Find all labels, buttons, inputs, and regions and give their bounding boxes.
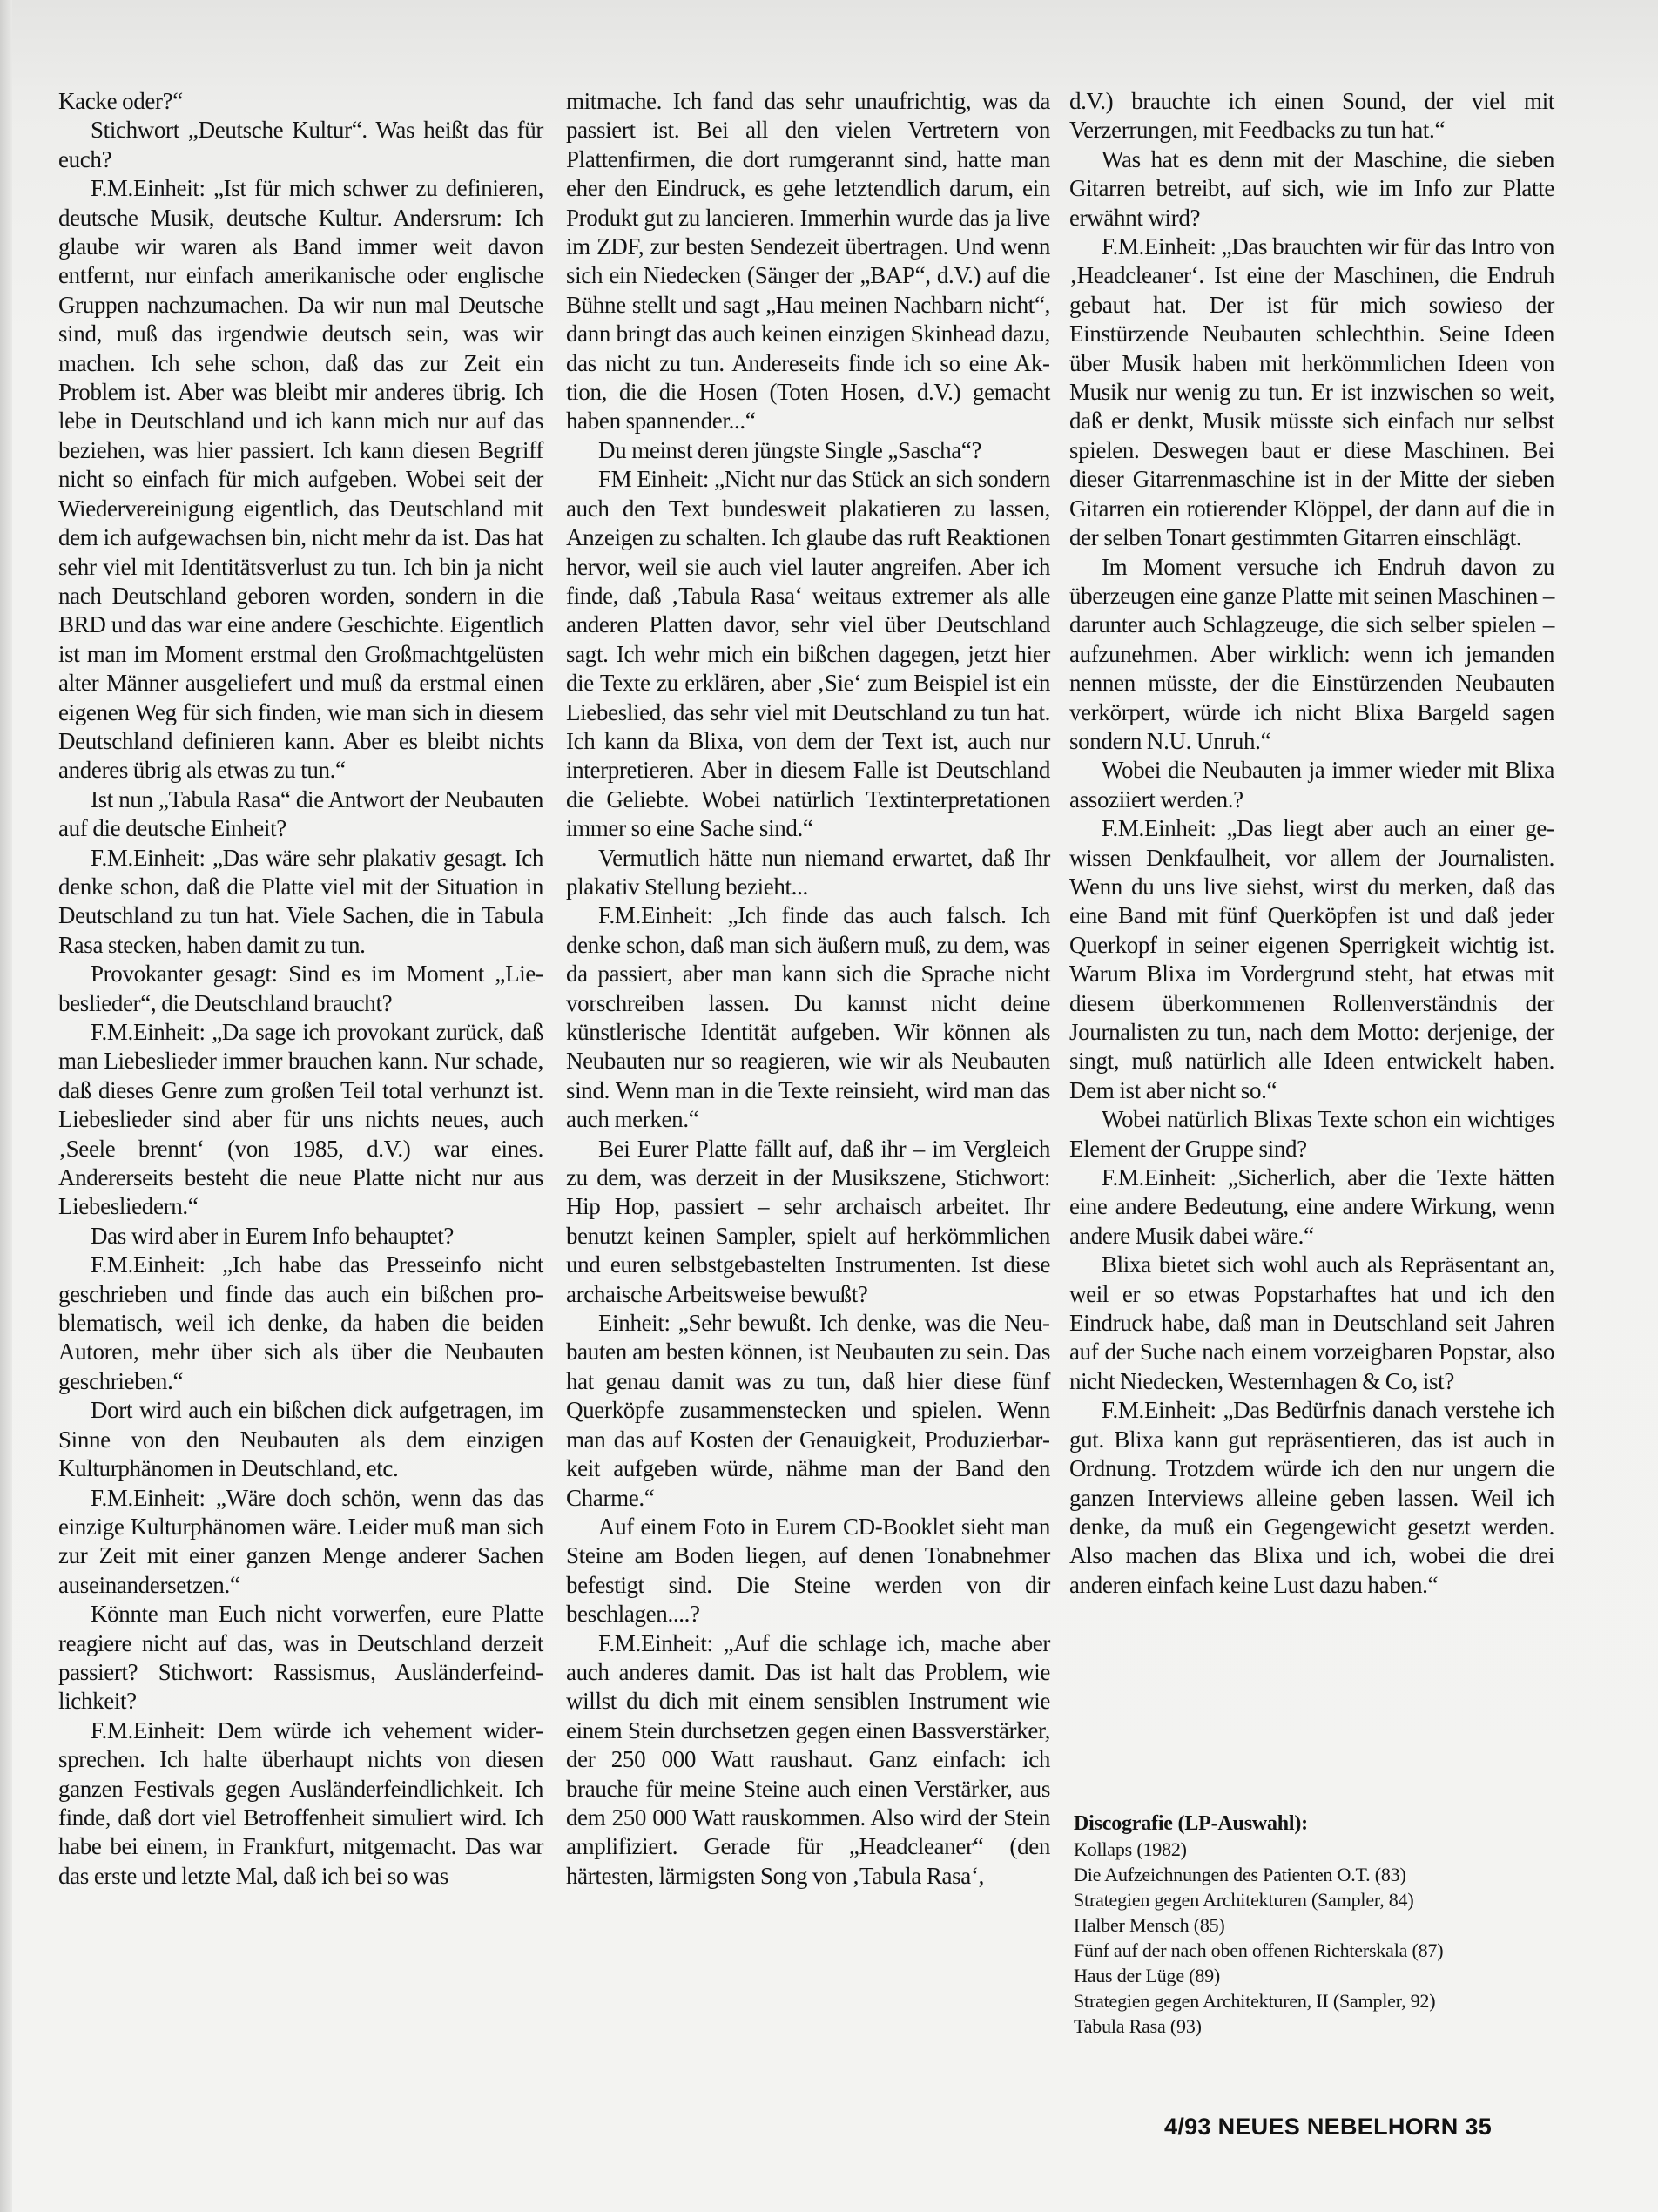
- article-paragraph: F.M.Einheit: „Das liegt aber auch an ein…: [1069, 814, 1554, 1105]
- discography-item: Strategien gegen Architekturen, II (Samp…: [1074, 1988, 1561, 2013]
- article-paragraph: Dort wird auch ein bißchen dick aufgetra…: [58, 1396, 543, 1483]
- article-paragraph: Ist nun „Tabula Rasa“ die Antwort der Ne…: [58, 786, 543, 844]
- discography-list: Kollaps (1982) Die Aufzeichnungen des Pa…: [1074, 1837, 1561, 2039]
- article-paragraph: Einheit: „Sehr bewußt. Ich denke, was di…: [566, 1309, 1050, 1513]
- discography-item: Kollaps (1982): [1074, 1837, 1561, 1862]
- article-column-3: d.V.) brauchte ich einen Sound, der viel…: [1069, 87, 1554, 1600]
- discography-item: Fünf auf der nach oben offenen Richtersk…: [1074, 1938, 1561, 1963]
- article-paragraph: Vermutlich hätte nun niemand erwartet, d…: [566, 844, 1050, 902]
- article-paragraph: F.M.Einheit: „Ist für mich schwer zu def…: [58, 174, 543, 786]
- article-paragraph: F.M.Einheit: „Ich habe das Presseinfo ni…: [58, 1251, 543, 1396]
- article-column-2: mitmache. Ich fand das sehr unaufrichtig…: [566, 87, 1050, 1891]
- article-paragraph: Du meinst deren jüngste Single „Sascha“?: [566, 436, 1050, 465]
- article-paragraph: Provokanter gesagt: Sind es im Moment „L…: [58, 960, 543, 1018]
- article-paragraph: Was hat es denn mit der Maschine, die si…: [1069, 145, 1554, 233]
- article-paragraph: d.V.) brauchte ich einen Sound, der viel…: [1069, 87, 1554, 145]
- discography-item: Haus der Lüge (89): [1074, 1963, 1561, 1988]
- issue-number: 4/93: [1164, 2114, 1211, 2140]
- article-paragraph: Im Moment versuche ich Endruh davon zu ü…: [1069, 553, 1554, 757]
- discography-item: Halber Mensch (85): [1074, 1912, 1561, 1938]
- article-paragraph: F.M.Einheit: „Ich finde das auch falsch.…: [566, 901, 1050, 1134]
- article-paragraph: F.M.Einheit: Dem würde ich vehement wide…: [58, 1716, 543, 1891]
- page-footer: 4/93 NEUES NEBELHORN 35: [1164, 2114, 1492, 2141]
- discography-box: Discografie (LP-Auswahl): Kollaps (1982)…: [1074, 1811, 1561, 2039]
- article-paragraph: F.M.Einheit: „Auf die schlage ich, mache…: [566, 1629, 1050, 1892]
- page-number: 35: [1465, 2114, 1492, 2140]
- article-paragraph: F.M.Einheit: „Das Bedürfnis danach verst…: [1069, 1396, 1554, 1600]
- article-paragraph: mitmache. Ich fand das sehr unaufrichtig…: [566, 87, 1050, 436]
- article-paragraph: Könnte man Euch nicht vorwerfen, eure Pl…: [58, 1600, 543, 1716]
- article-paragraph: FM Einheit: „Nicht nur das Stück an sich…: [566, 465, 1050, 843]
- article-paragraph: Bei Eurer Platte fällt auf, daß ihr – im…: [566, 1135, 1050, 1309]
- scan-page-edge: [0, 0, 12, 2212]
- article-paragraph: Stichwort „Deutsche Kultur“. Was heißt d…: [58, 116, 543, 174]
- article-paragraph: F.M.Einheit: „Wäre doch schön, wenn das …: [58, 1484, 543, 1601]
- article-paragraph: Auf einem Foto in Eurem CD-Booklet sieht…: [566, 1513, 1050, 1629]
- article-paragraph: Wobei natürlich Blixas Texte schon ein w…: [1069, 1105, 1554, 1163]
- article-paragraph: Wobei die Neubauten ja immer wieder mit …: [1069, 756, 1554, 814]
- article-paragraph: Blixa bietet sich wohl auch als Repräsen…: [1069, 1251, 1554, 1396]
- discography-title: Discografie (LP-Auswahl):: [1074, 1811, 1561, 1837]
- discography-item: Tabula Rasa (93): [1074, 2013, 1561, 2039]
- article-paragraph: F.M.Einheit: „Sicherlich, aber die Texte…: [1069, 1163, 1554, 1251]
- article-column-1: Kacke oder?“Stichwort „Deutsche Kultur“.…: [58, 87, 543, 1891]
- article-paragraph: F.M.Einheit: „Da sage ich provokant zurü…: [58, 1018, 543, 1222]
- magazine-name: NEUES NEBELHORN: [1218, 2114, 1459, 2140]
- article-paragraph: F.M.Einheit: „Das wäre sehr plakativ ges…: [58, 844, 543, 961]
- article-paragraph: Das wird aber in Eurem Info behauptet?: [58, 1222, 543, 1251]
- discography-item: Die Aufzeichnungen des Patienten O.T. (8…: [1074, 1862, 1561, 1887]
- article-paragraph: F.M.Einheit: „Das brauchten wir für das …: [1069, 233, 1554, 552]
- article-paragraph: Kacke oder?“: [58, 87, 543, 116]
- discography-item: Strategien gegen Architekturen (Sampler,…: [1074, 1887, 1561, 1912]
